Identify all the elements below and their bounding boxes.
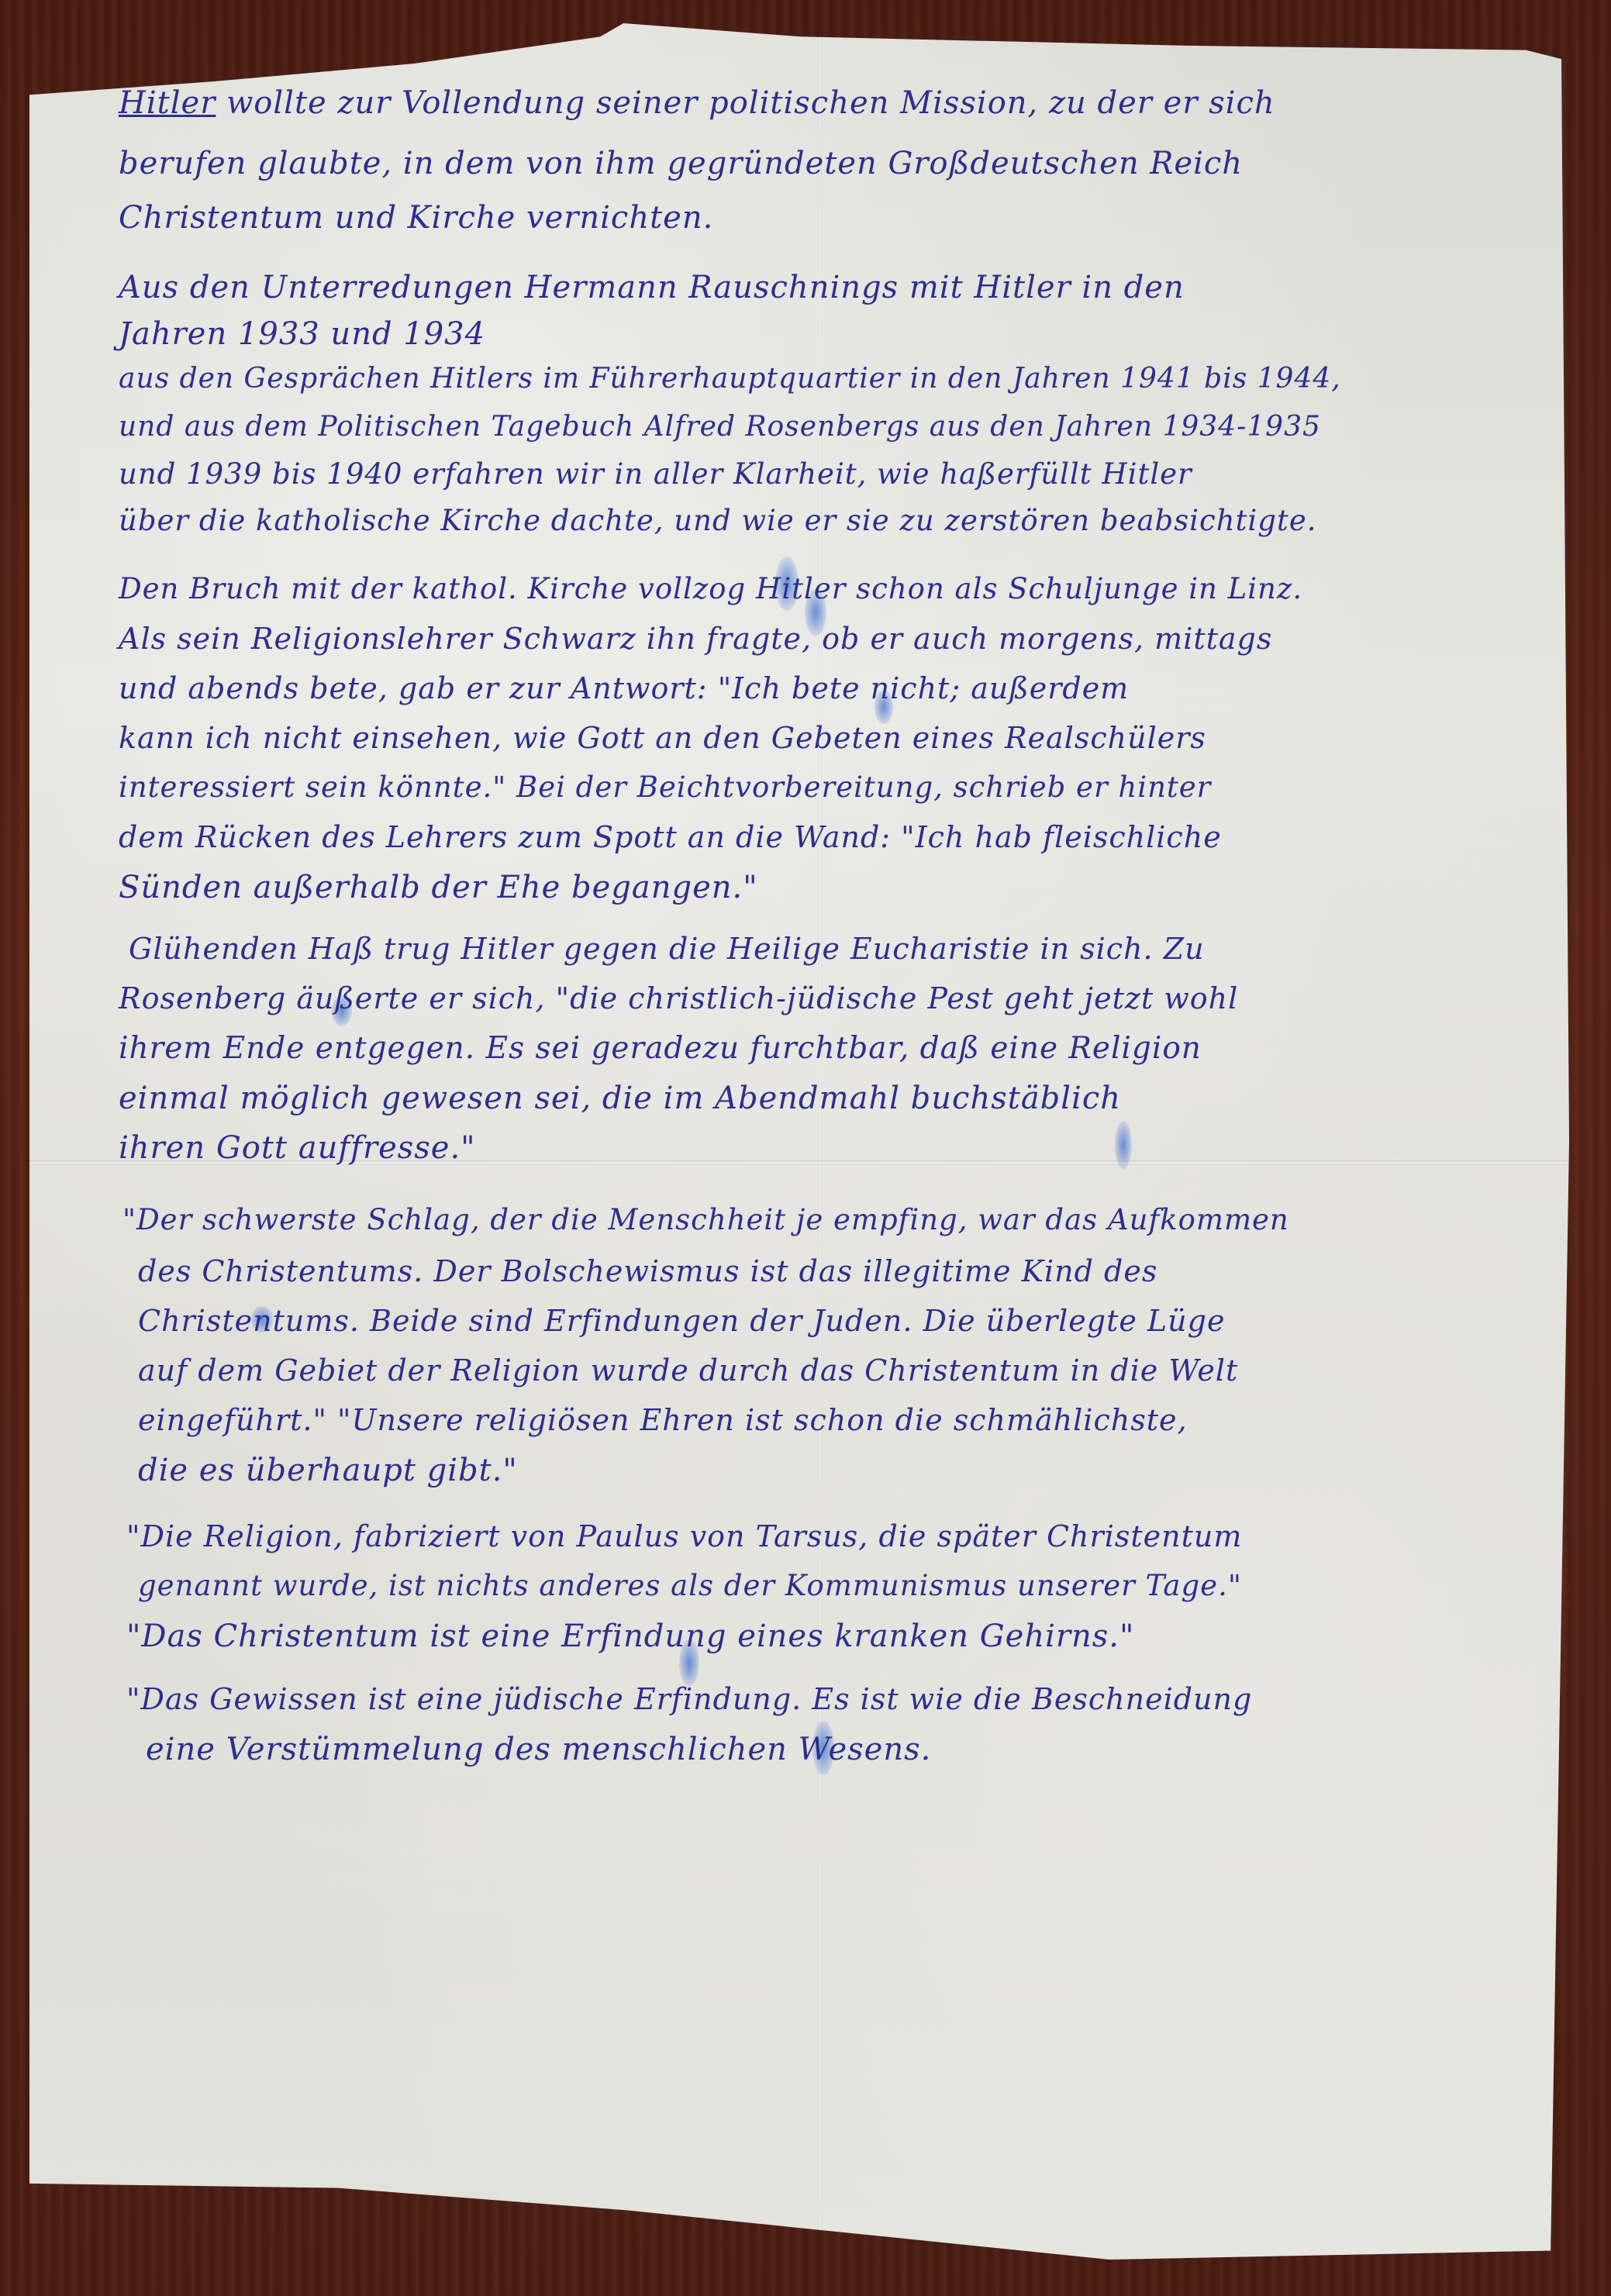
letter-text: Hitler Hitler wollte zur Vollendung sein… bbox=[29, 23, 1572, 2260]
text-line: und 1939 bis 1940 erfahren wir in aller … bbox=[119, 457, 1192, 491]
text-line: eine Verstümmelung des menschlichen Wese… bbox=[146, 1732, 931, 1767]
text-line: ihrem Ende entgegen. Es sei geradezu fur… bbox=[119, 1031, 1202, 1066]
text-line: die es überhaupt gibt." bbox=[138, 1453, 518, 1488]
text-line: eingeführt." "Unsere religiösen Ehren is… bbox=[138, 1403, 1188, 1437]
text-line: Sünden außerhalb der Ehe begangen." bbox=[119, 870, 758, 905]
text-line: aus den Gesprächen Hitlers im Führerhaup… bbox=[119, 363, 1341, 395]
text-line: Den Bruch mit der kathol. Kirche vollzog… bbox=[119, 572, 1302, 605]
text-line-rest: wollte zur Vollendung seiner politischen… bbox=[226, 85, 1275, 121]
text-line: Hitler Hitler wollte zur Vollendung sein… bbox=[119, 85, 1275, 121]
text-line: kann ich nicht einsehen, wie Gott an den… bbox=[119, 721, 1206, 755]
text-line: "Das Gewissen ist eine jüdische Erfindun… bbox=[126, 1682, 1252, 1716]
text-line: genannt wurde, ist nichts anderes als de… bbox=[138, 1569, 1242, 1602]
text-line: Jahren 1933 und 1934 bbox=[119, 316, 485, 352]
underlined-word: Hitler bbox=[119, 85, 216, 121]
text-line: über die katholische Kirche dachte, und … bbox=[119, 504, 1316, 537]
text-line: Aus den Unterredungen Hermann Rauschning… bbox=[119, 270, 1185, 305]
text-line: auf dem Gebiet der Religion wurde durch … bbox=[138, 1353, 1238, 1388]
text-line: Als sein Religionslehrer Schwarz ihn fra… bbox=[119, 622, 1272, 656]
text-line: dem Rücken des Lehrers zum Spott an die … bbox=[119, 820, 1222, 854]
text-line: Glühenden Haß trug Hitler gegen die Heil… bbox=[129, 932, 1205, 966]
text-line: und aus dem Politischen Tagebuch Alfred … bbox=[119, 411, 1321, 443]
text-line: ihren Gott auffresse." bbox=[119, 1130, 476, 1166]
text-line: einmal möglich gewesen sei, die im Abend… bbox=[119, 1081, 1121, 1116]
text-line: interessiert sein könnte." Bei der Beich… bbox=[119, 771, 1211, 804]
text-line: berufen glaubte, in dem von ihm gegründe… bbox=[119, 146, 1243, 181]
handwritten-letter-paper: Hitler Hitler wollte zur Vollendung sein… bbox=[29, 23, 1572, 2260]
text-line: Christentums. Beide sind Erfindungen der… bbox=[138, 1304, 1225, 1338]
text-line: und abends bete, gab er zur Antwort: "Ic… bbox=[119, 671, 1129, 705]
text-line: "Das Christentum ist eine Erfindung eine… bbox=[126, 1619, 1134, 1654]
text-line: Christentum und Kirche vernichten. bbox=[119, 200, 713, 236]
text-line: "Die Religion, fabriziert von Paulus von… bbox=[126, 1519, 1242, 1553]
text-line: des Christentums. Der Bolschewismus ist … bbox=[138, 1254, 1157, 1288]
text-line: Rosenberg äußerte er sich, "die christli… bbox=[119, 981, 1238, 1015]
text-line: "Der schwerste Schlag, der die Menschhei… bbox=[122, 1203, 1289, 1236]
